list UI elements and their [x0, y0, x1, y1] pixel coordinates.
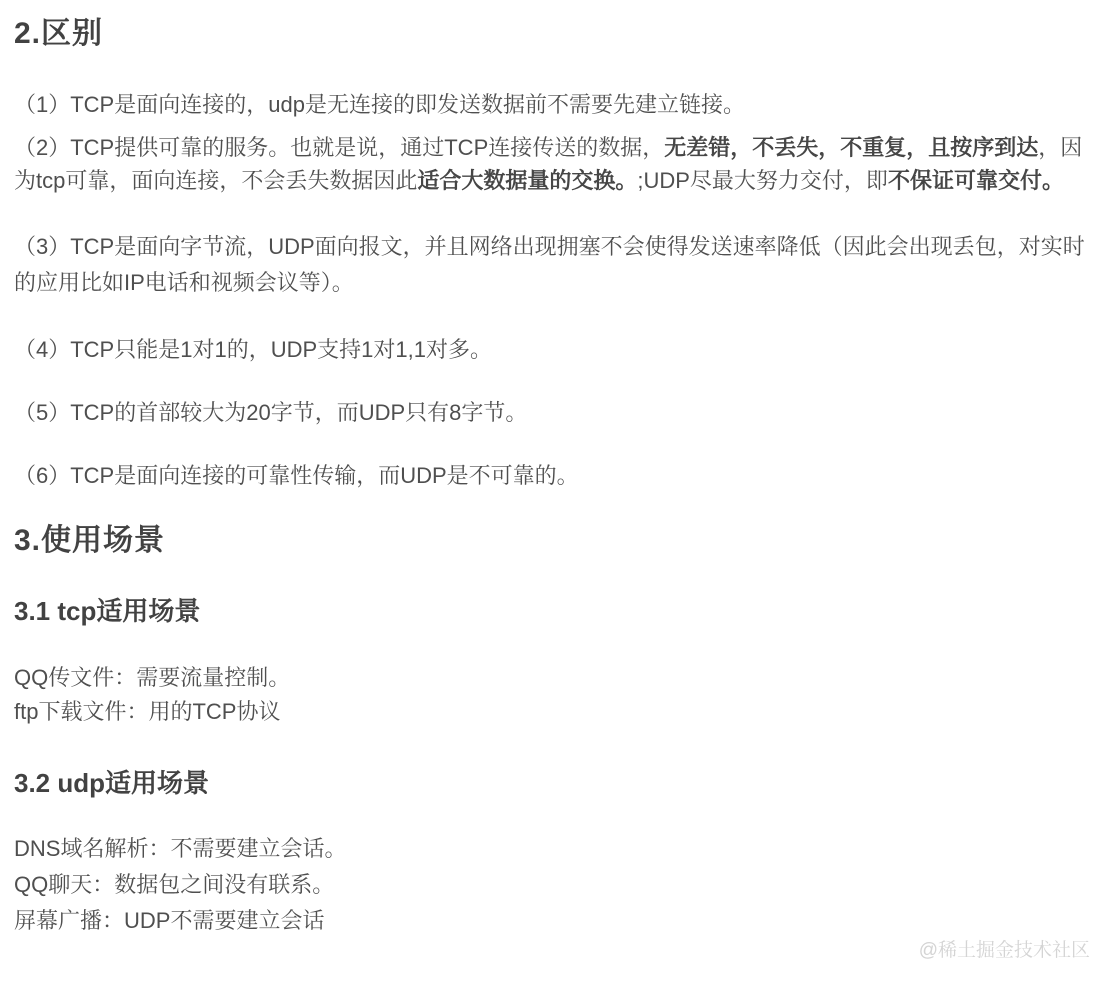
- subsection-heading-tcp-scenarios: 3.1 tcp适用场景: [14, 593, 1087, 629]
- paragraph-difference-4: （4）TCP只能是1对1的，UDP支持1对1,1对多。: [14, 333, 1087, 367]
- udp-scenario-line: QQ聊天：数据包之间没有联系。: [14, 867, 1087, 903]
- article: 2.区别 （1）TCP是面向连接的，udp是无连接的即发送数据前不需要先建立链接…: [0, 0, 1117, 939]
- paragraph-text: （1）TCP是面向连接的，udp是无连接的即发送数据前不需要先建立链接。: [14, 92, 745, 117]
- paragraph-text: ;UDP尽最大努力交付，即: [637, 168, 888, 193]
- paragraph-difference-3: （3）TCP是面向字节流，UDP面向报文，并且网络出现拥塞不会使得发送速率降低（…: [14, 229, 1087, 301]
- bold-text-no-guarantee: 不保证可靠交付。: [888, 168, 1064, 193]
- bold-text-big-data-exchange: 适合大数据量的交换。: [417, 168, 637, 193]
- bold-text-reliability: 无差错，不丢失，不重复，且按序到达: [664, 135, 1038, 160]
- paragraph-tcp-scenarios: QQ传文件：需要流量控制。 ftp下载文件：用的TCP协议: [14, 661, 1087, 729]
- paragraph-difference-2: （2）TCP提供可靠的服务。也就是说，通过TCP连接传送的数据，无差错，不丢失，…: [14, 131, 1087, 197]
- tcp-scenario-line: QQ传文件：需要流量控制。: [14, 661, 1087, 695]
- paragraph-difference-6: （6）TCP是面向连接的可靠性传输，而UDP是不可靠的。: [14, 459, 1087, 493]
- paragraph-difference-5: （5）TCP的首部较大为20字节，而UDP只有8字节。: [14, 396, 1087, 430]
- paragraph-text: （5）TCP的首部较大为20字节，而UDP只有8字节。: [14, 400, 527, 425]
- section-heading-differences: 2.区别: [14, 12, 1087, 56]
- subsection-heading-udp-scenarios: 3.2 udp适用场景: [14, 765, 1087, 801]
- section-heading-scenarios: 3.使用场景: [14, 519, 1087, 563]
- udp-scenario-line: 屏幕广播：UDP不需要建立会话: [14, 903, 1087, 939]
- tcp-scenario-line: ftp下载文件：用的TCP协议: [14, 695, 1087, 729]
- paragraph-text: （6）TCP是面向连接的可靠性传输，而UDP是不可靠的。: [14, 463, 579, 488]
- udp-scenario-line: DNS域名解析：不需要建立会话。: [14, 831, 1087, 867]
- paragraph-text: （4）TCP只能是1对1的，UDP支持1对1,1对多。: [14, 337, 492, 362]
- paragraph-difference-1: （1）TCP是面向连接的，udp是无连接的即发送数据前不需要先建立链接。: [14, 88, 1087, 122]
- site-watermark: @稀土掘金技术社区: [919, 935, 1090, 962]
- paragraph-text: （2）TCP提供可靠的服务。也就是说，通过TCP连接传送的数据，: [14, 135, 664, 160]
- paragraph-udp-scenarios: DNS域名解析：不需要建立会话。 QQ聊天：数据包之间没有联系。 屏幕广播：UD…: [14, 831, 1087, 939]
- paragraph-text: （3）TCP是面向字节流，UDP面向报文，并且网络出现拥塞不会使得发送速率降低（…: [14, 234, 1085, 295]
